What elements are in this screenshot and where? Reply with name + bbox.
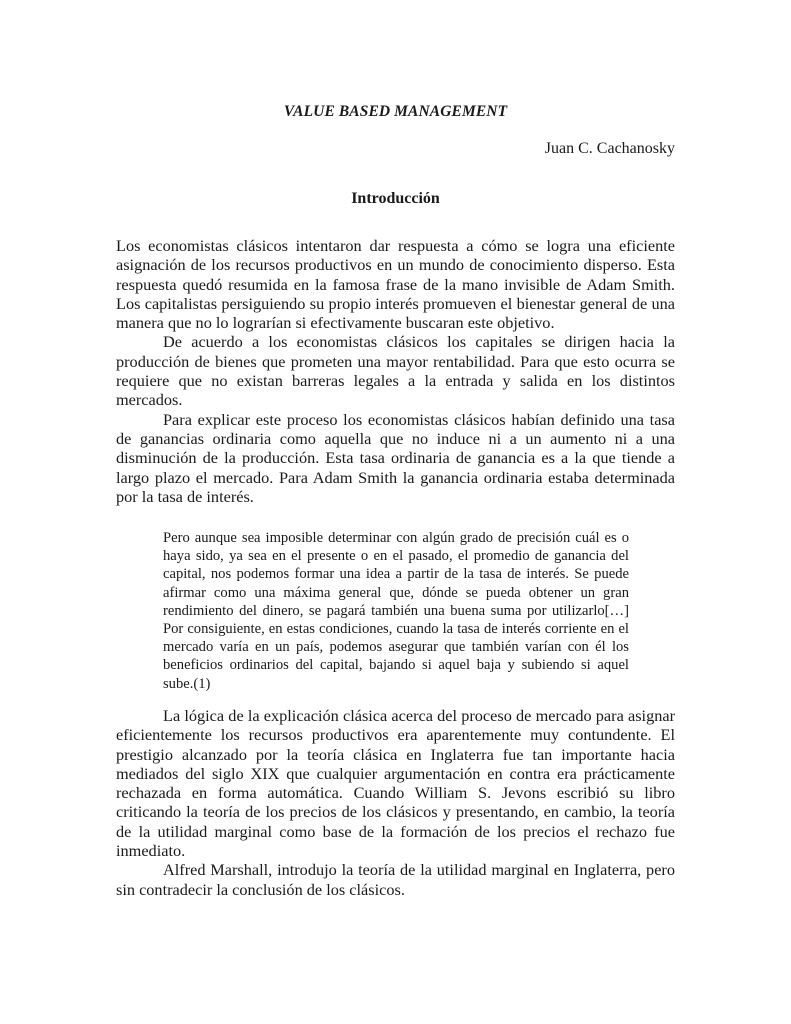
quote-text: Pero aunque sea imposible determinar con… — [163, 529, 629, 693]
section-heading: Introducción — [116, 190, 675, 208]
intro-body: Los economistas clásicos intentaron dar … — [116, 236, 675, 506]
paragraph: Los economistas clásicos intentaron dar … — [116, 236, 675, 332]
author-name: Juan C. Cachanosky — [545, 140, 675, 158]
document-title: VALUE BASED MANAGEMENT — [116, 103, 675, 121]
body-after-quote: La lógica de la explicación clásica acer… — [116, 706, 675, 899]
paragraph: Alfred Marshall, introdujo la teoría de … — [116, 860, 675, 899]
paragraph: Para explicar este proceso los economist… — [116, 410, 675, 506]
paragraph: De acuerdo a los economistas clásicos lo… — [116, 332, 675, 409]
paragraph: La lógica de la explicación clásica acer… — [116, 706, 675, 860]
block-quote: Pero aunque sea imposible determinar con… — [163, 529, 629, 693]
